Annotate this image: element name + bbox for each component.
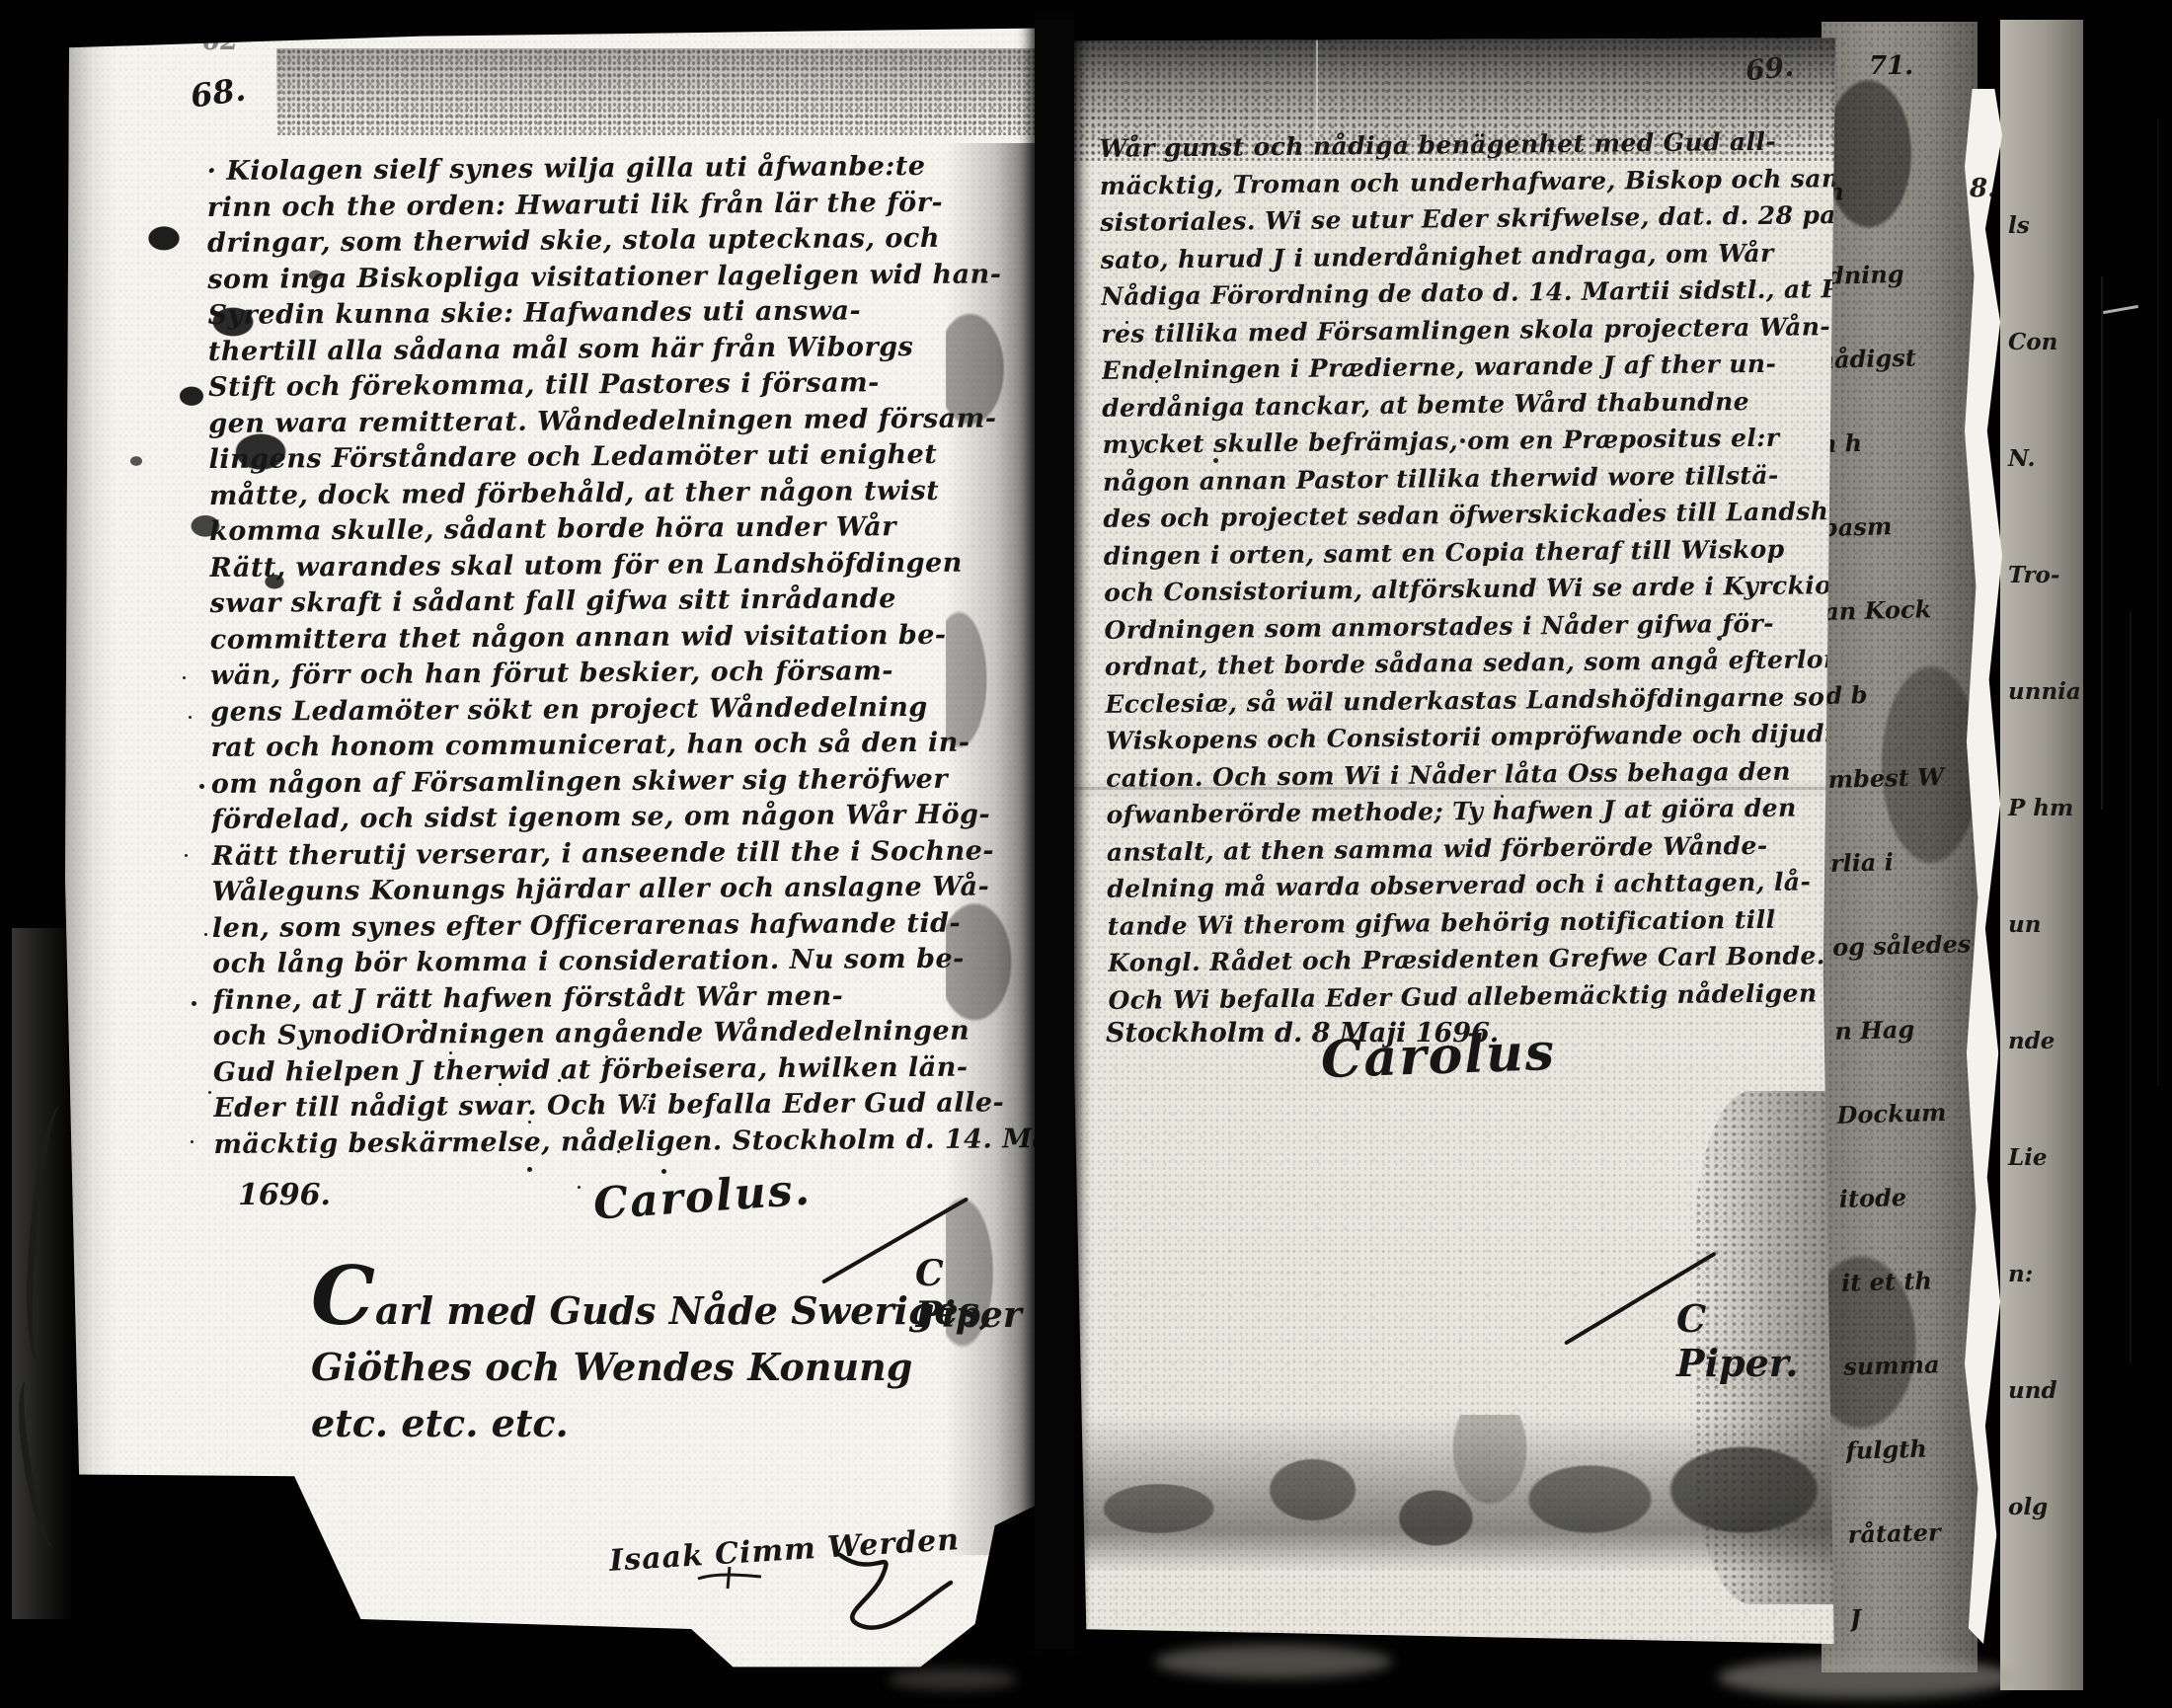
handwritten-line: summa bbox=[1842, 1321, 1978, 1409]
handwritten-line: thertill alla sådana mål som här från Wi… bbox=[208, 328, 1059, 370]
bottom-edge-highlight bbox=[889, 1669, 1017, 1690]
handwritten-line: Carl med Guds Nåde Sweriges, bbox=[311, 1281, 992, 1339]
handwritten-line: n h bbox=[1822, 398, 1965, 486]
right-page-text-block: Wår gunst och nådiga benägenhet med Gud … bbox=[1099, 122, 1846, 1029]
handwritten-line: Rätt, warandes skal utom för en Landshöf… bbox=[209, 544, 1060, 586]
handwritten-line: og således bbox=[1831, 901, 1978, 989]
handwritten-line: itode bbox=[1838, 1153, 1978, 1241]
handwritten-line: P hm bbox=[2000, 750, 2083, 867]
handwritten-line: wän, förr och han förut beskier, och för… bbox=[210, 653, 1061, 695]
handwritten-line: fulgth bbox=[1844, 1405, 1978, 1493]
handwritten-line: och SynodiOrdningen angående Wåndedelnin… bbox=[213, 1013, 1064, 1055]
handwritten-line: Wåleguns Konungs hjärdar aller och ansla… bbox=[211, 869, 1062, 911]
handwritten-line: nådigst bbox=[1822, 314, 1963, 402]
handwritten-line: len, som synes efter Officerarenas hafwa… bbox=[212, 904, 1063, 947]
handwritten-line: mbest W bbox=[1827, 734, 1974, 821]
handwritten-line: råtater bbox=[1847, 1489, 1978, 1577]
ink-speckles bbox=[183, 676, 186, 679]
handwritten-line: an Kock bbox=[1823, 566, 1969, 654]
handwritten-line: n Hag bbox=[1833, 985, 1978, 1073]
handwritten-line: och lång bör komma i consideration. Nu s… bbox=[212, 941, 1063, 983]
handwritten-line: committera thet någon annan wid visitati… bbox=[210, 616, 1061, 659]
handwritten-line: som inga Biskopliga visitationer lagelig… bbox=[207, 257, 1058, 299]
handwritten-line: Tro- bbox=[2000, 517, 2083, 634]
handwritten-line: ch bbox=[1822, 146, 1958, 234]
handwritten-line: basm bbox=[1822, 482, 1967, 570]
handwritten-line: rlia i bbox=[1829, 817, 1976, 905]
left-folio-number: 68. bbox=[189, 70, 248, 115]
archival-manuscript-photo: 62 68. · Kiolagen sielf synes wilja gill… bbox=[0, 0, 2172, 1708]
right-page: 69. Wår gunst och nådiga benägenhet med … bbox=[1066, 25, 1836, 1659]
handwritten-line: lingens Förståndare och Ledamöter uti en… bbox=[208, 436, 1059, 479]
adjacent-page-edge-outer: 71. chrdningnådigstn hbasman Kockd bmbes… bbox=[1822, 22, 1978, 1672]
handwritten-line: Con bbox=[2000, 284, 2083, 401]
handwritten-line: finne, at J rätt hafwen förstådt Wår men… bbox=[212, 976, 1063, 1019]
handwritten-line: rdning bbox=[1822, 230, 1960, 318]
left-year-line: 1696. bbox=[238, 1178, 331, 1212]
handwritten-line: Syredin kunna skie: Hafwandes uti answa- bbox=[207, 292, 1058, 335]
handwritten-line: komma skulle, sådant borde höra under Wå… bbox=[209, 508, 1060, 551]
handwritten-line: om någon af Församlingen skiwer sig ther… bbox=[211, 760, 1062, 803]
handwritten-line: gen wara remitterat. Wåndedelningen med … bbox=[208, 400, 1059, 442]
film-streak bbox=[2157, 118, 2159, 1086]
handwritten-line: · Kiolagen sielf synes wilja gilla uti å… bbox=[206, 148, 1057, 191]
right-piper-countersignature: C Piper. bbox=[1676, 1296, 1836, 1385]
handwritten-line: J bbox=[1849, 1573, 1978, 1661]
handwritten-line: Stift och förekomma, till Pastores i för… bbox=[208, 364, 1059, 407]
partial-text-column: lsConN.Tro-unniaP hmunndeLien:undolg bbox=[2000, 168, 2083, 1669]
pen-flourish bbox=[826, 1541, 960, 1645]
faint-folio-mark: 62 bbox=[202, 27, 238, 56]
handwritten-line: N. bbox=[2000, 401, 2083, 517]
handwritten-line: rat och honom communicerat, han och så d… bbox=[210, 725, 1061, 767]
left-carolus-signature: Carolus. bbox=[591, 1164, 813, 1229]
left-page: 62 68. · Kiolagen sielf synes wilja gill… bbox=[64, 25, 1056, 1669]
handwritten-line: gens Ledamöter sökt en project Wåndedeln… bbox=[210, 688, 1061, 731]
handwritten-line: rinn och the orden: Hwaruti lik från lär… bbox=[207, 185, 1058, 227]
bottom-edge-highlight bbox=[1155, 1645, 1392, 1678]
handwritten-line: n: bbox=[2000, 1216, 2083, 1333]
adjacent-page-edge-inner: lsConN.Tro-unniaP hmunndeLien:undolg bbox=[2000, 20, 2083, 1690]
handwritten-line: nde bbox=[2000, 983, 2083, 1100]
handwritten-line: swar skraft i sådant fall gifwa sitt inr… bbox=[209, 581, 1060, 623]
handwritten-line: Dockum bbox=[1835, 1069, 1978, 1157]
handwritten-line: d b bbox=[1824, 650, 1971, 738]
film-streak bbox=[2130, 612, 2132, 1362]
handwritten-line: fördelad, och sidst igenom se, om någon … bbox=[211, 797, 1062, 839]
bottom-edge-highlight bbox=[1718, 1657, 2014, 1698]
handwritten-line: Och Wi befalla Eder Gud allebemäcktig nå… bbox=[1108, 974, 1846, 1019]
handwritten-line: ls bbox=[2000, 168, 2083, 284]
edge-folio-number: 71. bbox=[1869, 51, 1913, 81]
handwritten-line: un bbox=[2000, 867, 2083, 983]
right-folio-number: 69. bbox=[1744, 50, 1795, 88]
book-gutter bbox=[1035, 20, 1074, 1649]
left-page-text-block: · Kiolagen sielf synes wilja gilla uti å… bbox=[206, 148, 1064, 1175]
handwritten-line: Lie bbox=[2000, 1100, 2083, 1216]
right-carolus-signature: Carolus bbox=[1320, 1022, 1557, 1090]
handwritten-line: Eder till nådigt swar. Och Wi befalla Ed… bbox=[213, 1085, 1064, 1127]
film-streak bbox=[2101, 276, 2103, 810]
handwritten-line: Gud hielpen J therwid at förbeisera, hwi… bbox=[213, 1048, 1064, 1091]
handwritten-line: etc. etc. etc. bbox=[311, 1395, 992, 1451]
handwritten-line: Giöthes och Wendes Konung bbox=[311, 1339, 992, 1395]
partial-text-column: chrdningnådigstn hbasman Kockd bmbest Wr… bbox=[1822, 146, 1978, 1660]
edge-mark: 8. bbox=[1970, 174, 1996, 203]
handwritten-line: unnia bbox=[2000, 634, 2083, 750]
handwritten-line: Rätt therutij verserar, i anseende till … bbox=[211, 832, 1062, 875]
water-stain-band bbox=[1066, 1415, 1836, 1602]
underline-flourish bbox=[696, 1565, 765, 1591]
royal-intitulatio: Carl med Guds Nåde Sweriges,Giöthes och … bbox=[311, 1281, 992, 1451]
handwritten-line: måtte, dock med förbehåld, at ther någon… bbox=[209, 472, 1060, 514]
scratch-mark bbox=[2103, 305, 2138, 314]
handwritten-line: und bbox=[2000, 1333, 2083, 1449]
top-smudge-stain bbox=[276, 48, 1061, 135]
handwritten-line: olg bbox=[2000, 1449, 2083, 1566]
handwritten-line: it et th bbox=[1840, 1237, 1978, 1325]
handwritten-line: dringar, som therwid skie, stola upteckn… bbox=[207, 220, 1058, 263]
handwritten-line: mäcktig beskärmelse, nådeligen. Stockhol… bbox=[213, 1121, 1064, 1163]
